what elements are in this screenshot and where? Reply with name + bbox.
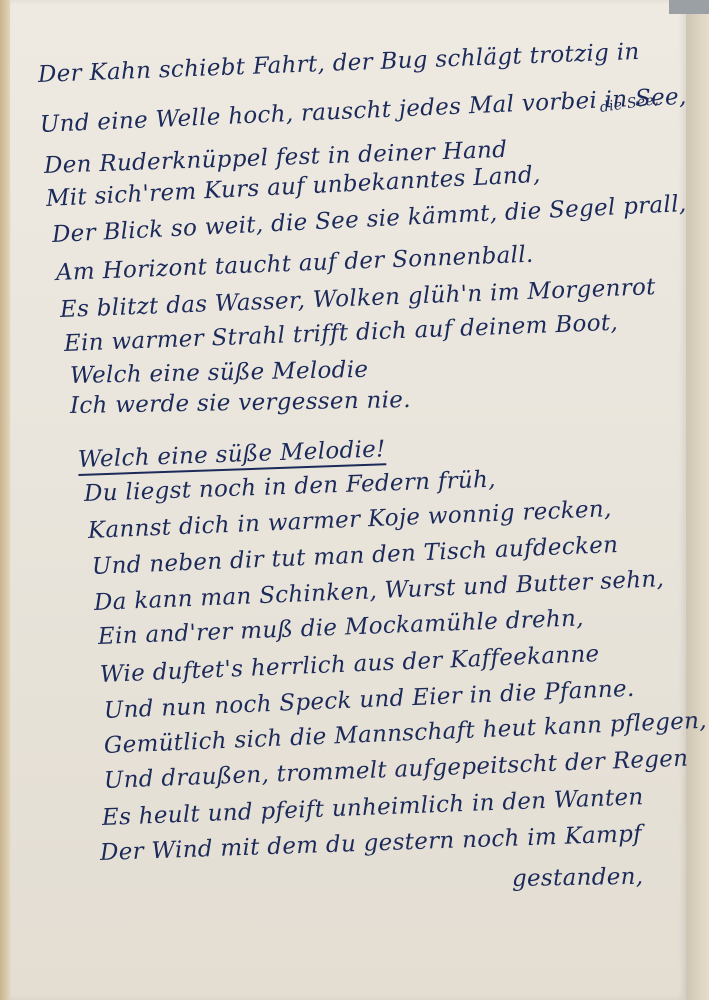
adjacent-page-edge: [686, 0, 709, 1000]
background-corner: [669, 0, 709, 14]
book-spine: [0, 0, 10, 1000]
poem-line: gestanden,: [512, 864, 644, 892]
